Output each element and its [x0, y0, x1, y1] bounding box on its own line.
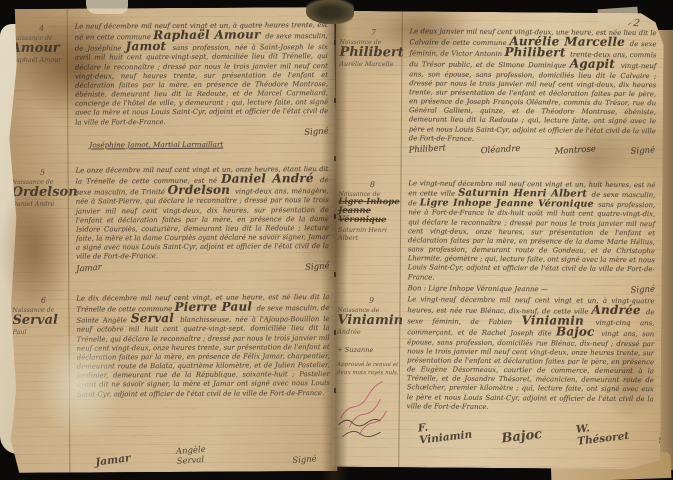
bottom-signatures-row: F. Viniamin Bajoc W. Thésoret Signé — [418, 419, 663, 445]
bottom-signatures-row: Jamar Angèle Serval Signé — [95, 445, 337, 467]
act-body: Le neuf décembre mil neuf cent vingt et … — [75, 21, 336, 150]
act-number: 4 — [11, 24, 73, 33]
signature: Signé — [304, 262, 329, 273]
birth-record-entry-6: 6 Naissance de Serval Paul Le dix décemb… — [8, 293, 337, 400]
signature: Jamar — [76, 263, 102, 274]
margin-surname: Viniamin — [337, 314, 405, 328]
act-body: Le deux janvier mil neuf cent vingt-deux… — [409, 27, 664, 156]
signature: Montrose — [555, 145, 597, 157]
act-body: Le vingt-neuf décembre mil neuf cent vin… — [407, 295, 662, 413]
approval-note: Bon : Ligre Inhope Véronique Jeanne — — [408, 284, 548, 294]
signature: Signé — [304, 127, 329, 138]
signature: Angèle Serval — [176, 445, 207, 467]
birth-record-entry-4: 4 Naissance de Amour Raphaël Amour Le ne… — [7, 21, 336, 150]
margin-surname: Amour — [11, 42, 73, 55]
added-first-name: + Suzanne — [337, 346, 405, 355]
act-text-segment: vingt ans, son épouse, sans profession, … — [407, 330, 655, 410]
signature: Bajoc — [501, 427, 543, 447]
act-body: Le dix décembre mil neuf cent vingt, et … — [76, 293, 337, 399]
margin-given-names: Raphaël Amour — [11, 56, 73, 64]
margin-given-names: Saturnin Henri Albert — [338, 226, 406, 243]
birth-record-entry-5: 5 Naissance de Ordelson Daniel André Le … — [8, 165, 337, 274]
margin-annotation: 7 Naissance de Philibert Aurélie Marcell… — [335, 27, 410, 155]
margin-surname: Serval — [12, 314, 74, 327]
act-body: Le onze décembre mil neuf cent vingt et … — [76, 165, 337, 273]
witness-names-line: Joséphine Jamot, Martial Larmaillart — [89, 139, 328, 150]
act-text-segment: vingt-neuf ans, son épouse, sans profess… — [409, 62, 657, 142]
mother-surname: Bajoc — [556, 325, 601, 339]
child-name: Daniel André — [221, 171, 320, 186]
child-name: Pierre Paul — [174, 300, 256, 315]
folio-number: 2 — [630, 17, 641, 29]
act-number: 6 — [12, 296, 74, 305]
margin-surname: Philibert — [339, 46, 407, 60]
margin-given-names: Daniel André — [12, 200, 74, 208]
margin-given-names: Andrée — [337, 328, 405, 337]
act-text-segment: sans profession, née à Saint-Joseph le s… — [75, 43, 328, 126]
margin-surname-struck: Ligre Inhope Jeanne Véronique — [338, 198, 406, 226]
signature: Signé — [292, 454, 317, 466]
mother-surname: Jamot — [126, 39, 173, 53]
act-number: 5 — [12, 168, 74, 177]
signature: Philibert — [408, 144, 446, 155]
register-page-right: 2 7 Naissance de Philibert Aurélie Marce… — [332, 11, 664, 470]
mother-surname: Agapit — [570, 57, 621, 71]
signature-line: Philibert Oléandre Montrose Signé — [409, 145, 656, 156]
act-body: Le vingt-neuf décembre mil neuf cent vin… — [408, 179, 663, 295]
act-number: 8 — [338, 180, 406, 190]
mother-surname: Ordelson — [168, 183, 235, 197]
signature: W. Thésoret — [575, 418, 630, 448]
margin-annotation: 5 Naissance de Ordelson Daniel André — [8, 167, 77, 274]
act-number: 7 — [340, 28, 408, 38]
mother-surname: Serval — [131, 311, 180, 325]
margin-given-names: Aurélie Marcelle — [339, 60, 407, 69]
approval-line: Bon : Ligre Inhope Véronique Jeanne — Si… — [408, 284, 655, 295]
act-text-segment: vingt-deux ans, ménagère, née à Saint-Pi… — [76, 187, 329, 261]
signature: Signé — [630, 285, 655, 296]
signature: Signé — [631, 146, 656, 157]
margin-annotation: 8 Naissance de Ligre Inhope Jeanne Véron… — [334, 179, 409, 293]
register-scan: 4 Naissance de Amour Raphaël Amour Le ne… — [0, 0, 673, 480]
birth-record-entry-8: 8 Naissance de Ligre Inhope Jeanne Véron… — [334, 179, 663, 295]
signature: Oléandre — [480, 145, 520, 157]
child-name: Andrée — [592, 303, 646, 317]
margin-given-names: Paul — [13, 328, 75, 336]
signature: F. Viniamin — [417, 417, 473, 447]
margin-surname: Ordelson — [12, 186, 74, 199]
birth-record-entry-7: 7 Naissance de Philibert Aurélie Marcell… — [335, 27, 664, 157]
signature-line: Jamar Signé — [76, 263, 329, 274]
signature-line: Signé — [75, 128, 328, 139]
margin-annotation: 4 Naissance de Amour Raphaël Amour — [7, 23, 76, 150]
margin-annotation: 6 Naissance de Serval Paul — [8, 295, 77, 400]
marginal-approval-note: Approuvé le renvoi et deux mots rayés nu… — [337, 362, 405, 378]
act-text-segment: blanchisseuse, née à l'Ajoupa-Bouillon l… — [77, 315, 330, 398]
act-text-segment: sans profession, née à Fort-de-France le… — [408, 201, 656, 281]
act-number: 9 — [337, 296, 405, 306]
signature: Jamar — [95, 452, 131, 468]
register-page-left: 4 Naissance de Amour Raphaël Amour Le ne… — [7, 7, 338, 473]
father-surname: Philibert — [504, 45, 570, 60]
